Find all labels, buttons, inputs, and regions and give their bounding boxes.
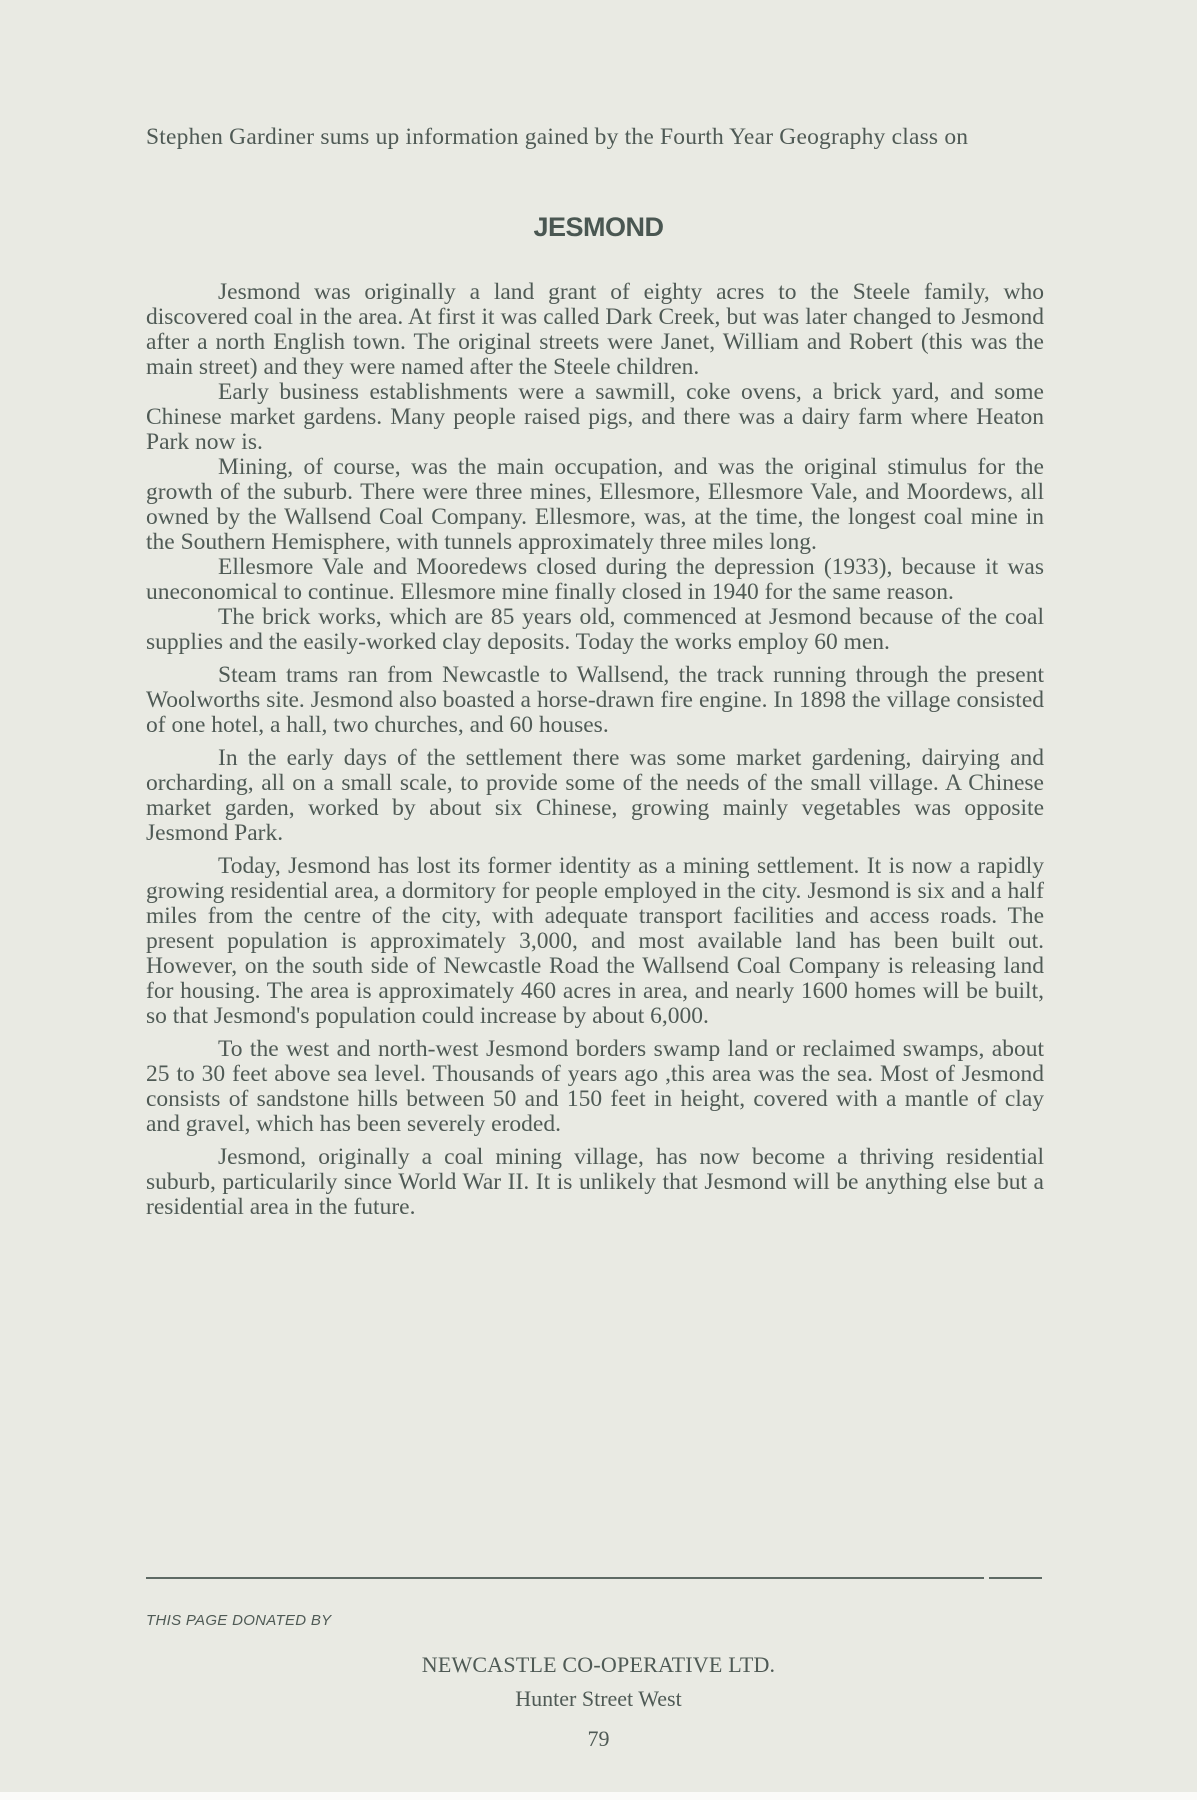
paragraph-early-business: Early business establishments were a saw… bbox=[146, 380, 1044, 455]
sponsor-name: NEWCASTLE CO-OPERATIVE LTD. bbox=[0, 1652, 1197, 1678]
paragraph-brick-works: The brick works, which are 85 years old,… bbox=[146, 605, 1044, 655]
paragraph-mining: Mining, of course, was the main occupati… bbox=[146, 455, 1044, 555]
intro-byline: Stephen Gardiner sums up information gai… bbox=[146, 126, 1044, 148]
document-page: Stephen Gardiner sums up information gai… bbox=[0, 0, 1197, 1792]
sponsor-address: Hunter Street West bbox=[0, 1686, 1197, 1712]
paragraph-early-settlement: In the early days of the settlement ther… bbox=[146, 746, 1044, 846]
footer-divider-break bbox=[984, 1576, 989, 1580]
paragraph-conclusion: Jesmond, originally a coal mining villag… bbox=[146, 1145, 1044, 1220]
paragraph-steam-trams: Steam trams ran from Newcastle to Wallse… bbox=[146, 663, 1044, 738]
donated-by-label: THIS PAGE DONATED BY bbox=[146, 1612, 331, 1629]
paragraph-today: Today, Jesmond has lost its former ident… bbox=[146, 854, 1044, 1029]
article-body: Jesmond was originally a land grant of e… bbox=[146, 280, 1044, 1220]
paragraph-geography: To the west and north-west Jesmond borde… bbox=[146, 1037, 1044, 1137]
article-title: JESMOND bbox=[0, 212, 1197, 243]
page-number: 79 bbox=[0, 1726, 1197, 1752]
paragraph-origin: Jesmond was originally a land grant of e… bbox=[146, 280, 1044, 380]
paragraph-mine-closures: Ellesmore Vale and Mooredews closed duri… bbox=[146, 555, 1044, 605]
footer-divider bbox=[146, 1577, 1042, 1579]
